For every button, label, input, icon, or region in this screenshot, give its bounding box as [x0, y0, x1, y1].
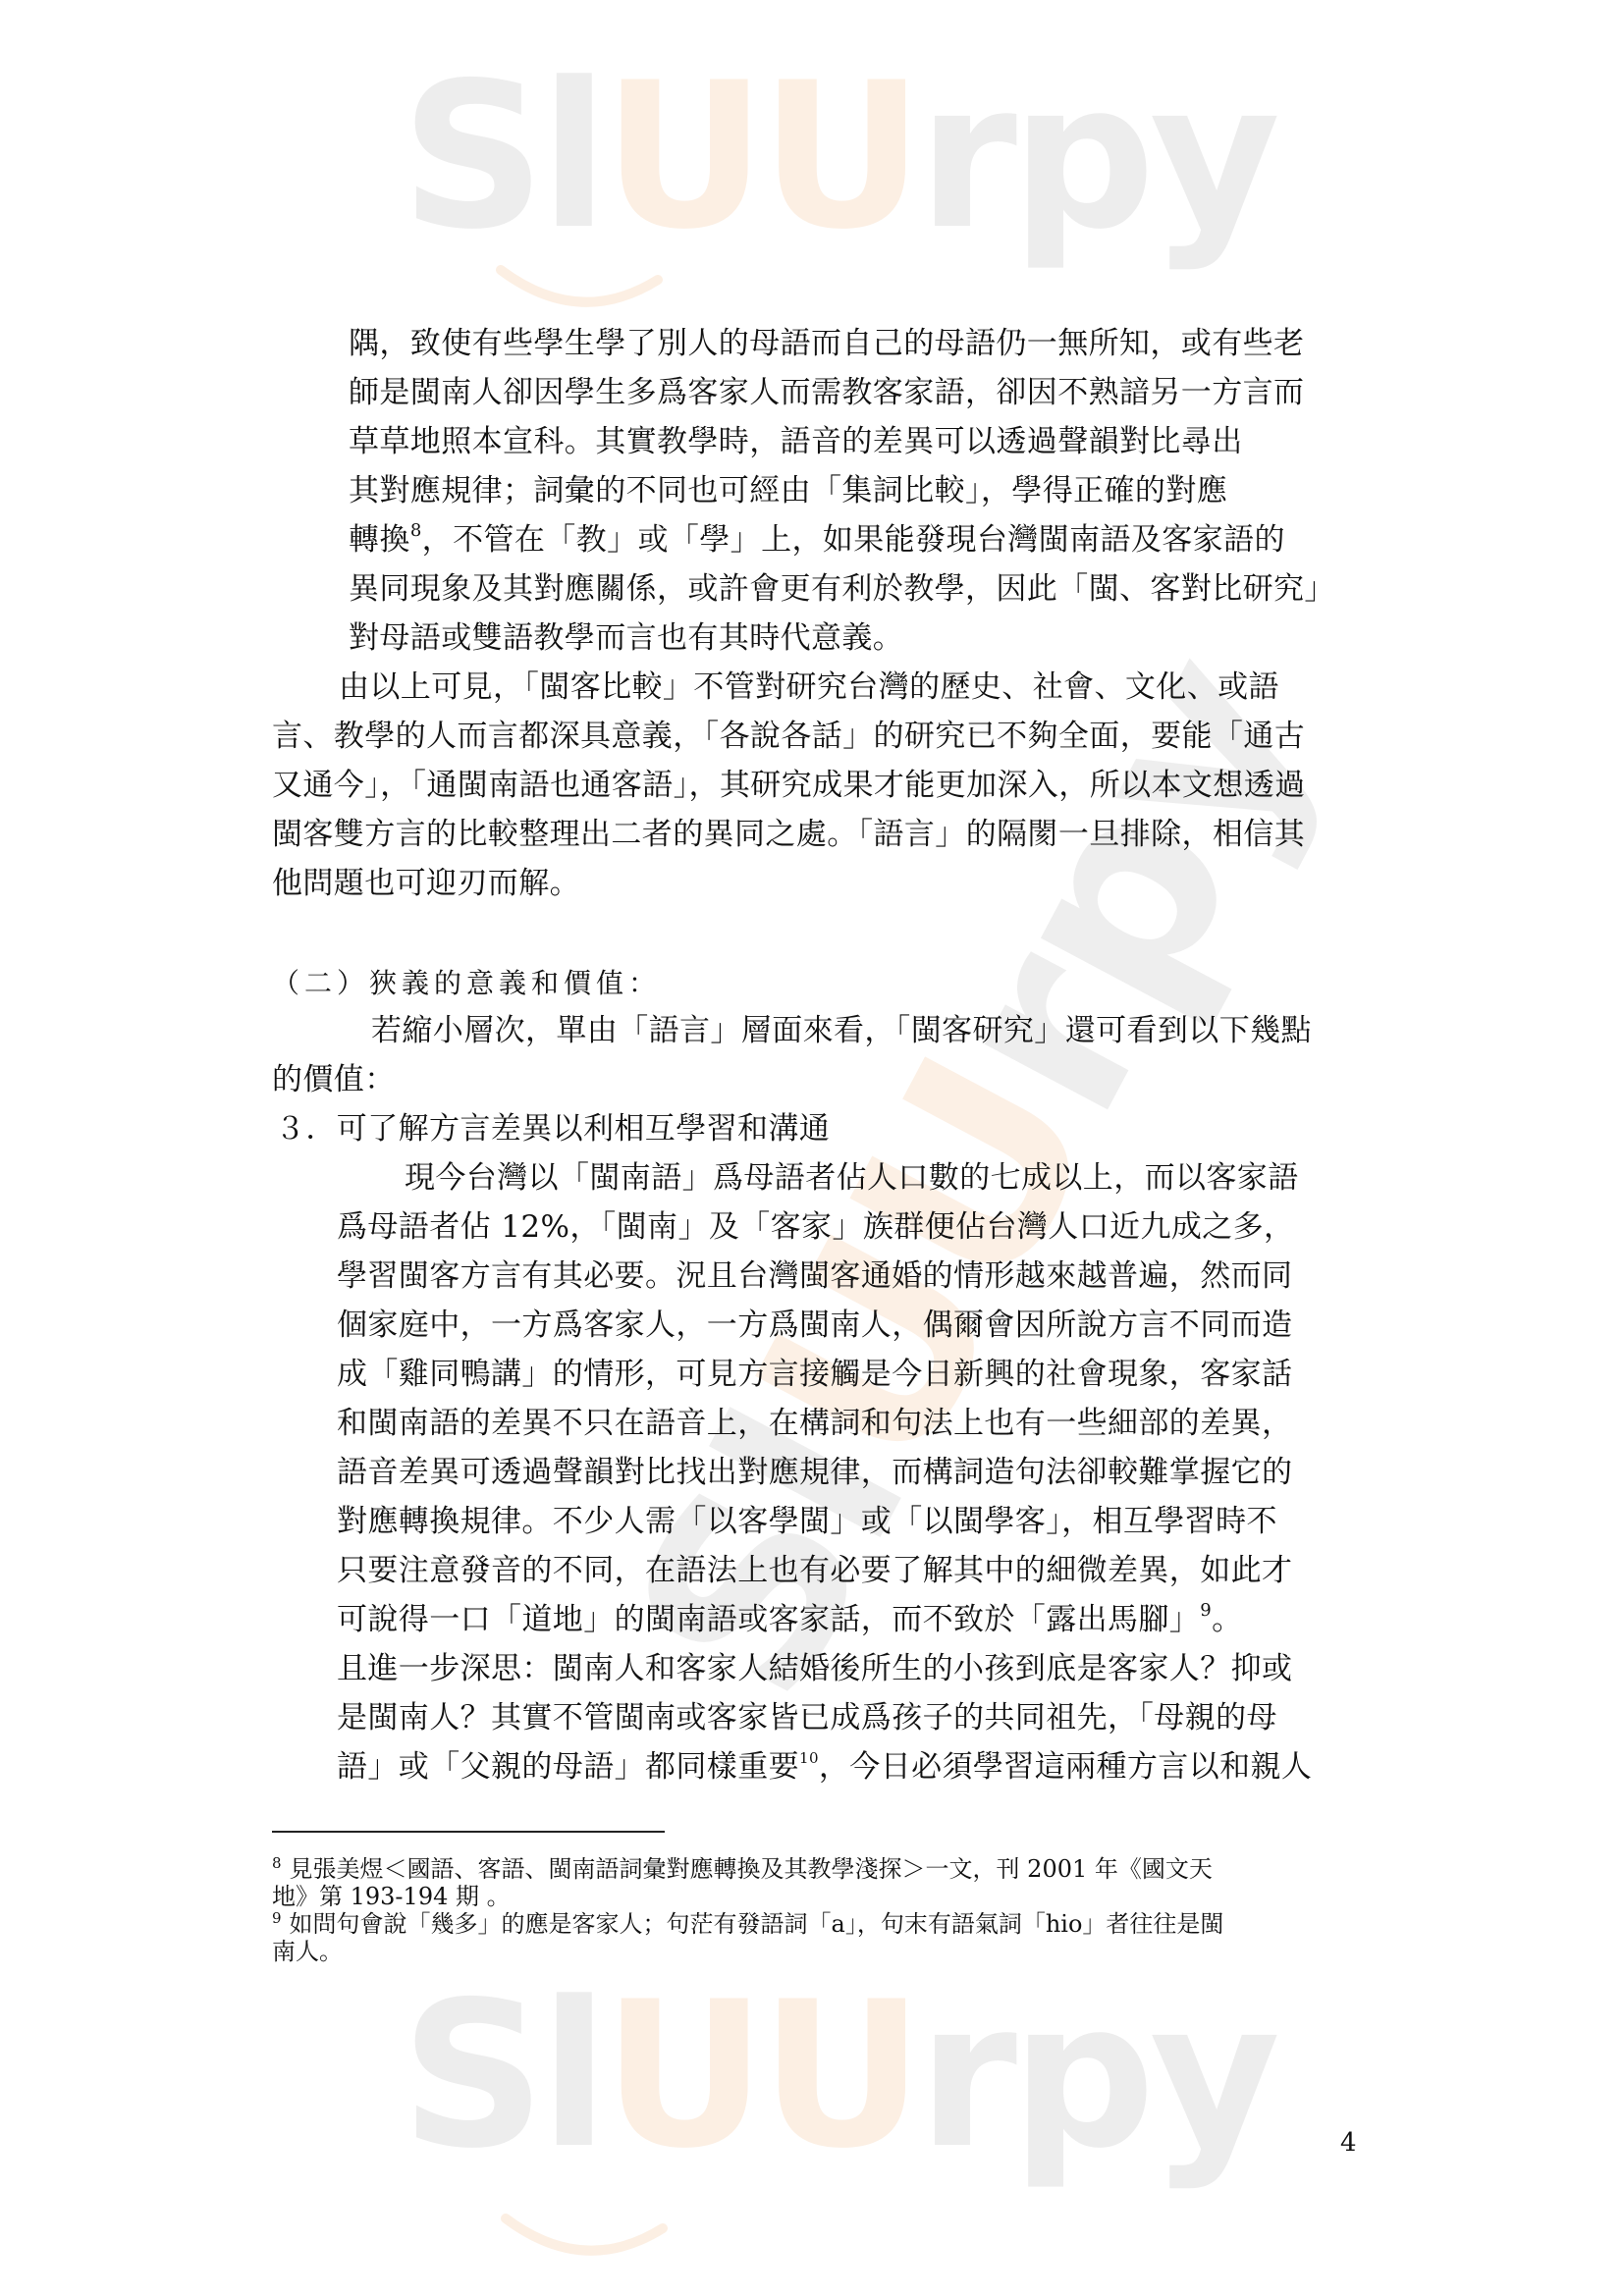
- footnote-number: 9: [272, 1909, 282, 1927]
- text-fragment: 轉換: [349, 522, 410, 558]
- text-line: 又通今」，「通閩南語也通客語」，其研究成果才能更加深入，所以本文想透過: [272, 766, 1306, 805]
- text-line: 對母語或雙語教學而言也有其時代意義。: [349, 618, 903, 658]
- text-line: 成「雞同鴨講」的情形，可見方言接觸是今日新興的社會現象，客家話: [337, 1355, 1292, 1394]
- watermark-text: rpy: [918, 1959, 1274, 2193]
- footnote-text: 如問句會說「幾多」的應是客家人；句茫有發語詞「a」，句末有語氣詞「hio」者往往…: [290, 1910, 1224, 1938]
- text-line: 的價值：: [272, 1060, 396, 1099]
- text-line: 和閩南語的差異不只在語音上，在構詞和句法上也有一些細部的差異，: [337, 1404, 1292, 1443]
- text-line: 隅，致使有些學生學了別人的母語而自己的母語仍一無所知，或有些老: [349, 324, 1304, 363]
- footnote-line: 8見張美煜＜國語、客語、閩南語詞彙對應轉換及其教學淺探＞一文，刊 2001 年《…: [272, 1855, 1213, 1883]
- text-fragment: 語」或「父親的母語」都同樣重要: [337, 1749, 799, 1785]
- text-fragment: ，不管在「教」或「學」上，如果能發現台灣閩南語及客家語的: [422, 522, 1285, 558]
- footnote-text: 見張美煜＜國語、客語、閩南語詞彙對應轉換及其教學淺探＞一文，刊 2001 年《國…: [290, 1855, 1213, 1883]
- watermark-text: Sl: [401, 40, 603, 274]
- text-line: 學習閩客方言有其必要。況且台灣閩客通婚的情形越來越普遍，然而同: [337, 1256, 1292, 1296]
- footnote-line: 南人。: [272, 1938, 343, 1965]
- text-line: 草草地照本宣科。其實教學時，語音的差異可以透過聲韻對比尋出: [349, 422, 1243, 461]
- text-fragment: 可說得一口「道地」的閩南語或客家話，而不致於「露出馬腳」: [337, 1602, 1200, 1637]
- text-line: 語」或「父親的母語」都同樣重要10，今日必須學習這兩種方言以和親人: [337, 1747, 1312, 1787]
- list-item-title: ３．可了解方言差異以利相互學習和溝通: [275, 1109, 830, 1148]
- watermark-logo-bottom: SlUUrpy: [401, 1968, 1274, 2184]
- footnote-line: 9如問句會說「幾多」的應是客家人；句茫有發語詞「a」，句末有語氣詞「hio」者往…: [272, 1910, 1223, 1938]
- text-fragment: 。: [1212, 1602, 1242, 1637]
- text-line: 他問題也可迎刃而解。: [272, 864, 580, 903]
- text-line: 閩客雙方言的比較整理出二者的異同之處。「語言」的隔閡一旦排除，相信其: [272, 815, 1305, 854]
- footnote-ref-8[interactable]: 8: [410, 520, 422, 541]
- footnote-divider: [272, 1831, 665, 1833]
- footnote-number: 8: [272, 1854, 282, 1872]
- text-line: 是閩南人？其實不管閩南或客家皆已成爲孩子的共同祖先，「母親的母: [337, 1698, 1277, 1737]
- page-number: 4: [1340, 2128, 1357, 2158]
- section-heading: （二）狹義的意義和價值：: [272, 964, 661, 1003]
- watermark-text: Sl: [401, 1959, 603, 2193]
- watermark-smile-icon: [496, 2209, 692, 2268]
- watermark-text: rpy: [918, 40, 1274, 274]
- text-line: 對應轉換規律。不少人需「以客學閩」或「以閩學客」，相互學習時不: [337, 1502, 1277, 1541]
- text-line: 言、教學的人而言都深具意義，「各說各話」的研究已不夠全面，要能「通古: [272, 717, 1305, 756]
- footnote-ref-10[interactable]: 10: [799, 1749, 819, 1767]
- text-line: 只要注意發音的不同，在語法上也有必要了解其中的細微差異，如此才: [337, 1551, 1292, 1590]
- text-line: 由以上可見，「閩客比較」不管對研究台灣的歷史、社會、文化、或語: [339, 667, 1279, 707]
- text-line: 異同現象及其對應關係，或許會更有利於教學，因此「閩、客對比研究」: [349, 569, 1335, 609]
- text-line: 師是閩南人卻因學生多爲客家人而需教客家語，卻因不熟諳另一方言而: [349, 373, 1304, 412]
- watermark-smile-icon: [491, 260, 687, 319]
- text-line: 語音差異可透過聲韻對比找出對應規律，而構詞造句法卻較難掌握它的: [337, 1453, 1292, 1492]
- text-line: 可說得一口「道地」的閩南語或客家話，而不致於「露出馬腳」9。: [337, 1600, 1242, 1639]
- watermark-text: UU: [603, 40, 918, 274]
- text-line: 爲母語者佔 12%，「閩南」及「客家」族群便佔台灣人口近九成之多，: [337, 1207, 1294, 1247]
- watermark-logo-top: SlUUrpy: [401, 49, 1274, 265]
- text-line: 且進一步深思：閩南人和客家人結婚後所生的小孩到底是客家人？抑或: [337, 1649, 1292, 1688]
- watermark-text: UU: [603, 1959, 918, 2193]
- footnote-line: 地》第 193-194 期 。: [272, 1883, 511, 1910]
- text-line: 其對應規律；詞彙的不同也可經由「集詞比較」，學得正確的對應: [349, 471, 1227, 510]
- text-line: 現今台灣以「閩南語」爲母語者佔人口數的七成以上，而以客家語: [405, 1158, 1299, 1198]
- footnote-ref-9[interactable]: 9: [1200, 1600, 1212, 1621]
- text-line: 轉換8，不管在「教」或「學」上，如果能發現台灣閩南語及客家語的: [349, 520, 1285, 560]
- text-line: 個家庭中，一方爲客家人，一方爲閩南人，偶爾會因所說方言不同而造: [337, 1306, 1292, 1345]
- text-fragment: ，今日必須學習這兩種方言以和親人: [819, 1749, 1312, 1785]
- text-line: 若縮小層次，單由「語言」層面來看，「閩客研究」還可看到以下幾點: [371, 1011, 1312, 1050]
